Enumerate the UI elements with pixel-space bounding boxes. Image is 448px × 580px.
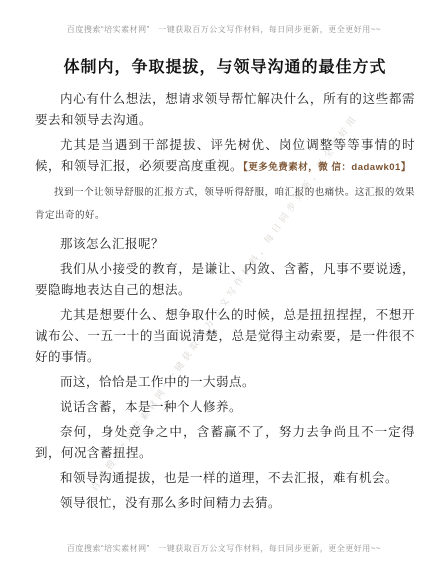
paragraph: 我们从小接受的教育，是谦让、内敛、含蓄，凡事不要说透，要隐晦地表达自己的想法。 — [35, 259, 415, 301]
article-body: 内心有什么想法，想请求领导帮忙解决什么，所有的这些都需要去和领导去沟通。尤其是当… — [35, 89, 415, 514]
paragraph: 领导很忙，没有那么多时间精力去猜。 — [35, 493, 415, 514]
paragraph: 内心有什么想法，想请求领导帮忙解决什么，所有的这些都需要去和领导去沟通。 — [35, 89, 415, 131]
paragraph: 而这，恰恰是工作中的一大弱点。 — [35, 372, 415, 393]
header-promo-note: 百度搜索“培实素材网” 一键获取百万公文写作材料，每日同步更新，更全更好用~~ — [0, 24, 448, 35]
paragraph: 奈何，身处竞争之中，含蓄赢不了，努力去争尚且不一定得到，何况含蓄扭捏。 — [35, 422, 415, 464]
footer-promo-note: 百度搜索“培实素材网” 一键获取百万公文写作材料，每日同步更新，更全更好用~~ — [0, 543, 448, 554]
promo-note: 【更多免费素材，微 信：dadawk01】 — [243, 162, 411, 173]
paragraph: 找到一个让领导舒服的汇报方式，领导听得舒服，咱汇报的也痛快。这汇报的效果肯定出奇… — [35, 182, 415, 228]
paragraph: 说话含蓄，本是一种个人修养。 — [35, 397, 415, 418]
paragraph: 那该怎么汇报呢？ — [35, 234, 415, 255]
article-title: 体制内，争取提拔，与领导沟通的最佳方式 — [35, 54, 415, 77]
paragraph: 尤其是想要什么、想争取什么的时候，总是扭扭捏捏，不想开诚布公、一五一十的当面说清… — [35, 305, 415, 368]
paragraph: 尤其是当遇到干部提拔、评先树优、岗位调整等等事情的时候，和领导汇报，必须要高度重… — [35, 135, 415, 178]
paragraph: 和领导沟通提拔，也是一样的道理，不去汇报，难有机会。 — [35, 468, 415, 489]
article-content: 体制内，争取提拔，与领导沟通的最佳方式 内心有什么想法，想请求领导帮忙解决什么，… — [0, 54, 448, 514]
document-page: 百度搜索“培实素材网”一键获取百万公文写作材料，每日同步更新，更全更好用 百度搜… — [0, 0, 448, 580]
